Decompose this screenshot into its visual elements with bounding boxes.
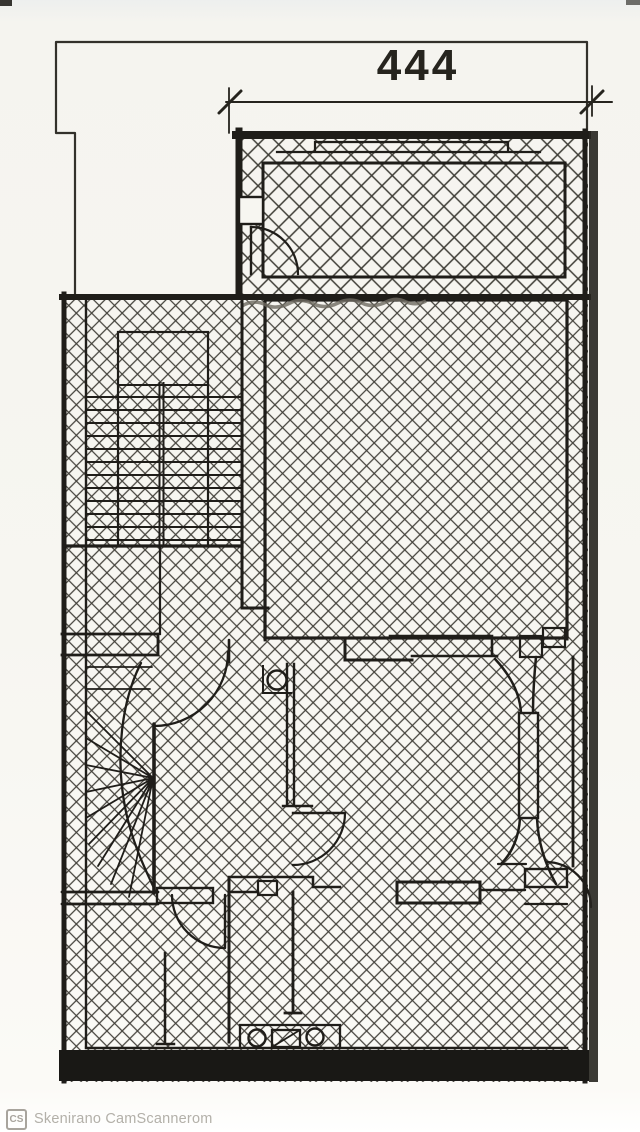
scan-corner-mark — [626, 0, 640, 5]
watermark-text: Skenirano CamScannerom — [34, 1111, 213, 1127]
upper-annex-hatch — [236, 131, 588, 296]
scanned-floor-plan-page: 444 CS Skenirano CamScannerom — [0, 0, 640, 1132]
scan-edge-shadow — [589, 131, 598, 1082]
main-block-hatch — [62, 294, 588, 1082]
dimension-line — [219, 86, 612, 133]
camscanner-watermark: CS Skenirano CamScannerom — [6, 1108, 213, 1130]
hatch-fills — [62, 131, 588, 1082]
camscanner-logo-icon: CS — [6, 1109, 27, 1130]
floor-plan-drawing — [0, 0, 640, 1132]
scan-corner-mark — [0, 0, 12, 6]
annex-wall-niche — [239, 197, 263, 224]
dimension-value-label: 444 — [344, 44, 492, 88]
thick-bottom-wall — [59, 1050, 589, 1081]
